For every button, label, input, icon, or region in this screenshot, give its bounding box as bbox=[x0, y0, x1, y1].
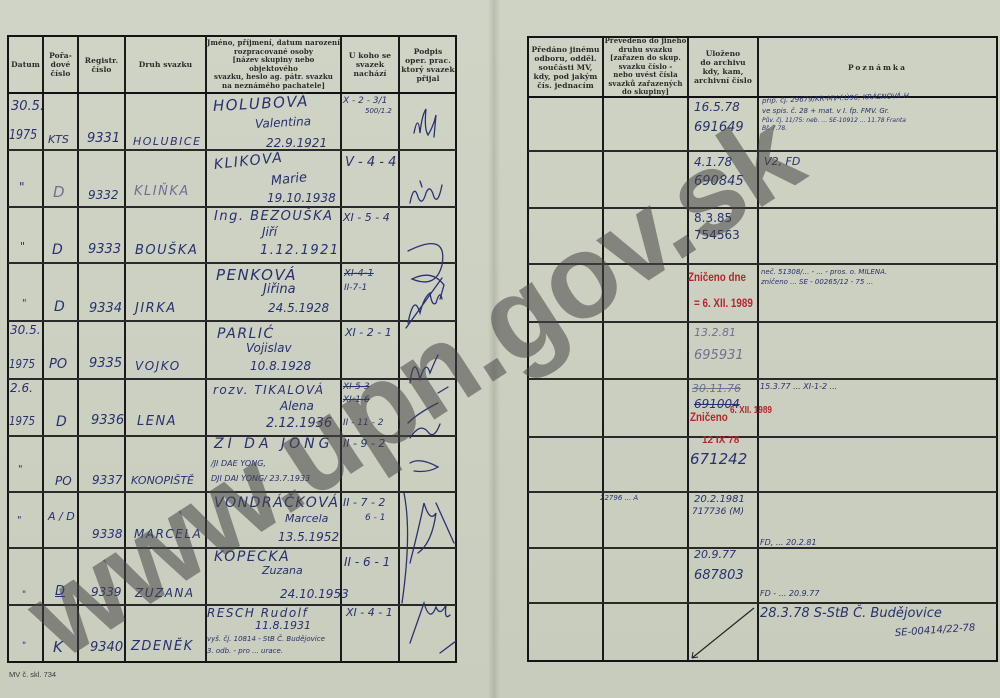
signature-6 bbox=[408, 387, 448, 438]
cell-druh: KLIŇKA bbox=[134, 184, 190, 199]
cell-poznamka: FD, ... 20.2.81 bbox=[760, 538, 817, 547]
cell-jmeno: 1.12.1921 bbox=[260, 243, 340, 258]
cell-ulozeno: 687803 bbox=[694, 568, 744, 583]
row-divider bbox=[528, 491, 997, 493]
cell-u-koho: X - 2 - 3/1 bbox=[343, 96, 387, 106]
row-divider bbox=[528, 378, 997, 380]
cell-u-koho: XI - 5 - 4 bbox=[343, 211, 390, 224]
cell-registr: 9331 bbox=[87, 131, 120, 146]
header-prevedeno: Převedeno do jiného druhu svazku [zařaze… bbox=[604, 38, 687, 96]
col-divider bbox=[602, 37, 604, 661]
cell-poradove: PO bbox=[55, 474, 72, 488]
signature-4 bbox=[406, 278, 442, 328]
cell-ulozeno: 671242 bbox=[690, 450, 747, 468]
cell-u-koho: V - 4 - 4 bbox=[345, 155, 396, 170]
cell-datum: " bbox=[18, 464, 23, 475]
cell-datum: 1975 bbox=[9, 128, 37, 143]
cell-poznamka: Bř. 7.78. bbox=[762, 125, 787, 132]
header-divider bbox=[8, 92, 456, 94]
cell-druh: ZDENĚK bbox=[131, 639, 194, 654]
row-divider bbox=[528, 547, 997, 549]
cell-druh: LENA bbox=[137, 414, 177, 429]
cell-jmeno: RESCH Rudolf bbox=[207, 606, 308, 620]
row-divider bbox=[8, 206, 456, 208]
cell-ulozeno: 695931 bbox=[694, 348, 744, 363]
signature-2 bbox=[410, 181, 442, 203]
col-divider bbox=[205, 36, 207, 662]
cell-registr: 9340 bbox=[90, 640, 123, 655]
cell-jmeno: VONDRÁČKOVÁ bbox=[214, 495, 339, 511]
row-divider bbox=[8, 378, 456, 380]
cell-poradove: D bbox=[52, 242, 63, 258]
cell-datum: " bbox=[22, 641, 26, 651]
signature-column bbox=[400, 93, 456, 663]
cell-registr: 9333 bbox=[88, 242, 121, 257]
row-divider bbox=[528, 321, 997, 323]
destroyed-stamp-date: 6. XII. 1989 bbox=[730, 405, 772, 416]
cell-jmeno: 10.8.1928 bbox=[250, 359, 311, 373]
header-u-koho: U koho se svazek nachází bbox=[342, 37, 398, 92]
cell-druh: VOJKO bbox=[135, 359, 181, 373]
cell-ulozeno: 20.2.1981 bbox=[694, 494, 745, 505]
cell-u-koho: 6 - 1 bbox=[365, 513, 385, 523]
cell-registr: 9332 bbox=[88, 188, 119, 202]
row-divider bbox=[8, 262, 456, 264]
cell-jmeno: Valentina bbox=[255, 114, 312, 131]
cell-u-koho: II - 9 - 2 bbox=[343, 437, 385, 450]
book-gutter bbox=[488, 0, 500, 698]
cell-u-koho: XI - 2 - 1 bbox=[345, 326, 392, 339]
cell-datum: 30.5. bbox=[11, 99, 44, 114]
cell-ulozeno: 4.1.78 bbox=[694, 155, 732, 169]
cell-jmeno: Vojislav bbox=[246, 341, 292, 355]
cell-jmeno: DJI DAI YONG/ 23.7.1933 bbox=[211, 474, 310, 483]
cell-jmeno: vyš. čj. 10814 - StB Č. Budějovice bbox=[207, 635, 325, 643]
cell-u-koho: 500/1.2 bbox=[365, 107, 392, 115]
header-poznamka: Poznámka bbox=[759, 38, 996, 96]
cell-u-koho: II-7-1 bbox=[344, 283, 367, 293]
void-slash bbox=[688, 604, 758, 662]
cell-jmeno: KOPECKÁ bbox=[214, 549, 290, 565]
cell-jmeno: 24.5.1928 bbox=[268, 301, 329, 315]
signature-3 bbox=[408, 244, 444, 299]
cell-poznamka: neč. 51308/... - ... - pros. o. MILENA. bbox=[761, 268, 887, 276]
cell-poznamka: Pův. čj. 11/75: neb. ... SE-10912 ... 11… bbox=[762, 117, 906, 124]
cell-registr: 9335 bbox=[89, 356, 122, 371]
signature-9 bbox=[410, 603, 456, 653]
cell-registr: 9338 bbox=[92, 527, 123, 541]
destroyed-stamp: Zničeno bbox=[690, 410, 728, 424]
cell-u-koho: XI-4-1 bbox=[344, 268, 374, 279]
row-divider bbox=[8, 320, 456, 322]
col-divider bbox=[757, 37, 759, 661]
header-registr-cislo: Registr. číslo bbox=[79, 37, 124, 92]
cell-datum: " bbox=[22, 298, 27, 309]
header-ulozeno: Uloženo do archivu kdy, kam, archivní čí… bbox=[689, 38, 757, 96]
cell-ulozeno: 690845 bbox=[694, 174, 744, 189]
cell-datum: 1975 bbox=[9, 414, 35, 428]
cell-ulozeno: 691649 bbox=[694, 120, 744, 135]
header-druh-svazku: Druh svazku bbox=[126, 37, 205, 92]
cell-jmeno: 22.9.1921 bbox=[266, 136, 327, 150]
header-poradove-cislo: Pořa- dové číslo bbox=[44, 37, 77, 92]
cell-poradove: D bbox=[53, 183, 65, 201]
cell-jmeno: 11.8.1931 bbox=[255, 619, 311, 632]
signature-7 bbox=[410, 461, 438, 472]
cell-jmeno: 19.10.1938 bbox=[267, 191, 336, 205]
cell-datum: " bbox=[17, 515, 22, 526]
cell-datum: 2.6. bbox=[10, 381, 33, 395]
header-jmeno: Jméno, příjmení, datum narození rozpraco… bbox=[207, 37, 340, 92]
col-divider bbox=[687, 37, 689, 661]
row-divider bbox=[8, 491, 456, 493]
destroyed-stamp: Zničeno dne bbox=[688, 270, 746, 284]
cell-poznamka: V2, FD bbox=[764, 155, 800, 168]
cell-u-koho: XI - 4 - 1 bbox=[346, 606, 393, 619]
col-divider bbox=[77, 36, 79, 662]
signature-8 bbox=[402, 493, 454, 603]
cell-poradove: A / D bbox=[48, 510, 75, 523]
cell-prevedeno: 22796 ... A bbox=[600, 494, 638, 502]
signature-5 bbox=[410, 355, 438, 383]
signature-1 bbox=[414, 109, 436, 137]
cell-poznamka: 15.3.77 ... XI-1-2 ... bbox=[760, 382, 837, 391]
cell-jmeno: Marcela bbox=[285, 512, 328, 525]
cell-poradove: PO bbox=[49, 357, 67, 372]
cell-jmeno: PARLIĆ bbox=[217, 326, 275, 342]
cell-ulozeno: 13.2.81 bbox=[694, 326, 736, 339]
cell-jmeno: 13.5.1952 bbox=[278, 530, 339, 544]
cell-jmeno: Zuzana bbox=[262, 564, 303, 577]
cell-poznamka: ve spis. č. 28 + mat. v I. fp. FMV. Gr. bbox=[762, 107, 889, 115]
cell-jmeno: /JI DAE YONG, bbox=[211, 459, 266, 468]
header-podpis: Podpis oper. prac. ktorý svazek přijal bbox=[400, 37, 456, 92]
cell-jmeno: rozv. TIKALOVÁ bbox=[213, 383, 325, 397]
cell-poradove: D bbox=[54, 299, 65, 315]
cell-druh: BOUŠKA bbox=[135, 243, 198, 258]
cell-poznamka: 28.3.78 S-StB Č. Budějovice bbox=[760, 606, 942, 621]
cell-jmeno: Jiří bbox=[262, 225, 277, 239]
header-predano: Předáno jinému odboru, odděl. součásti M… bbox=[529, 38, 602, 96]
cell-u-koho: II - 7 - 2 bbox=[343, 496, 385, 509]
cell-datum: " bbox=[20, 240, 25, 253]
cell-datum: " bbox=[22, 590, 26, 600]
cell-druh: KONOPIŠTĚ bbox=[131, 474, 194, 487]
col-divider bbox=[340, 36, 342, 662]
cell-jmeno: 3. odb. - pro ... urace. bbox=[207, 647, 283, 655]
row-divider bbox=[528, 150, 997, 152]
row-divider bbox=[528, 436, 997, 438]
cell-u-koho: XI-5-3 bbox=[343, 382, 370, 392]
cell-ulozeno: 754563 bbox=[694, 228, 740, 242]
cell-u-koho: II - 11 - 2 bbox=[343, 418, 383, 428]
cell-jmeno: Alena bbox=[280, 399, 314, 413]
cell-registr: 9337 bbox=[92, 473, 123, 487]
cell-poradove: K bbox=[53, 638, 63, 656]
cell-datum: 1975 bbox=[9, 357, 35, 371]
col-divider bbox=[42, 36, 44, 662]
cell-poznamka: zničeno ... SE - 00265/12 - 75 ... bbox=[761, 278, 873, 286]
cell-datum: 30.5. bbox=[10, 323, 41, 337]
cell-registr: 9334 bbox=[89, 301, 122, 316]
cell-poradove: D bbox=[56, 414, 67, 430]
date-stamp: 12 IX 78 bbox=[702, 435, 739, 446]
cell-registr: 9339 bbox=[91, 585, 122, 599]
cell-jmeno: 24.10.1953 bbox=[280, 587, 349, 601]
cell-druh: MARCELA bbox=[134, 527, 202, 541]
form-number: MV č. skl. 734 bbox=[9, 670, 56, 679]
cell-jmeno: 2.12.1936 bbox=[266, 416, 332, 431]
row-divider bbox=[528, 207, 997, 209]
row-divider bbox=[8, 149, 456, 151]
cell-datum: " bbox=[19, 180, 25, 194]
cell-jmeno: Jiřina bbox=[263, 282, 296, 297]
row-divider bbox=[528, 263, 997, 265]
cell-poradove: KTS bbox=[48, 133, 69, 146]
cell-u-koho: II - 6 - 1 bbox=[344, 555, 390, 569]
header-datum: Datum bbox=[9, 37, 42, 92]
cell-druh: JIRKA bbox=[135, 301, 177, 316]
cell-registr: 9336 bbox=[91, 413, 124, 428]
destroyed-stamp-date: = 6. XII. 1989 bbox=[694, 296, 753, 310]
cell-jmeno: Ing. BEZOUŠKA bbox=[214, 209, 334, 224]
cell-ulozeno: 20.9.77 bbox=[694, 548, 736, 561]
cell-jmeno: ZI DA JONG bbox=[214, 436, 333, 452]
cell-ulozeno: 717736 (M) bbox=[692, 507, 744, 517]
col-divider bbox=[124, 36, 126, 662]
cell-poznamka: FD - ... 20.9.77 bbox=[760, 589, 819, 598]
cell-u-koho: XI-1-6 bbox=[343, 395, 370, 405]
cell-druh: HOLUBICE bbox=[133, 135, 202, 148]
cell-ulozeno: 8.3.85 bbox=[694, 211, 732, 225]
cell-druh: ZUZANA bbox=[135, 586, 195, 600]
row-divider bbox=[528, 602, 997, 604]
cell-ulozeno: 30.11.76 bbox=[692, 382, 741, 395]
cell-ulozeno: 16.5.78 bbox=[694, 100, 740, 114]
cell-poradove: D bbox=[55, 584, 65, 599]
